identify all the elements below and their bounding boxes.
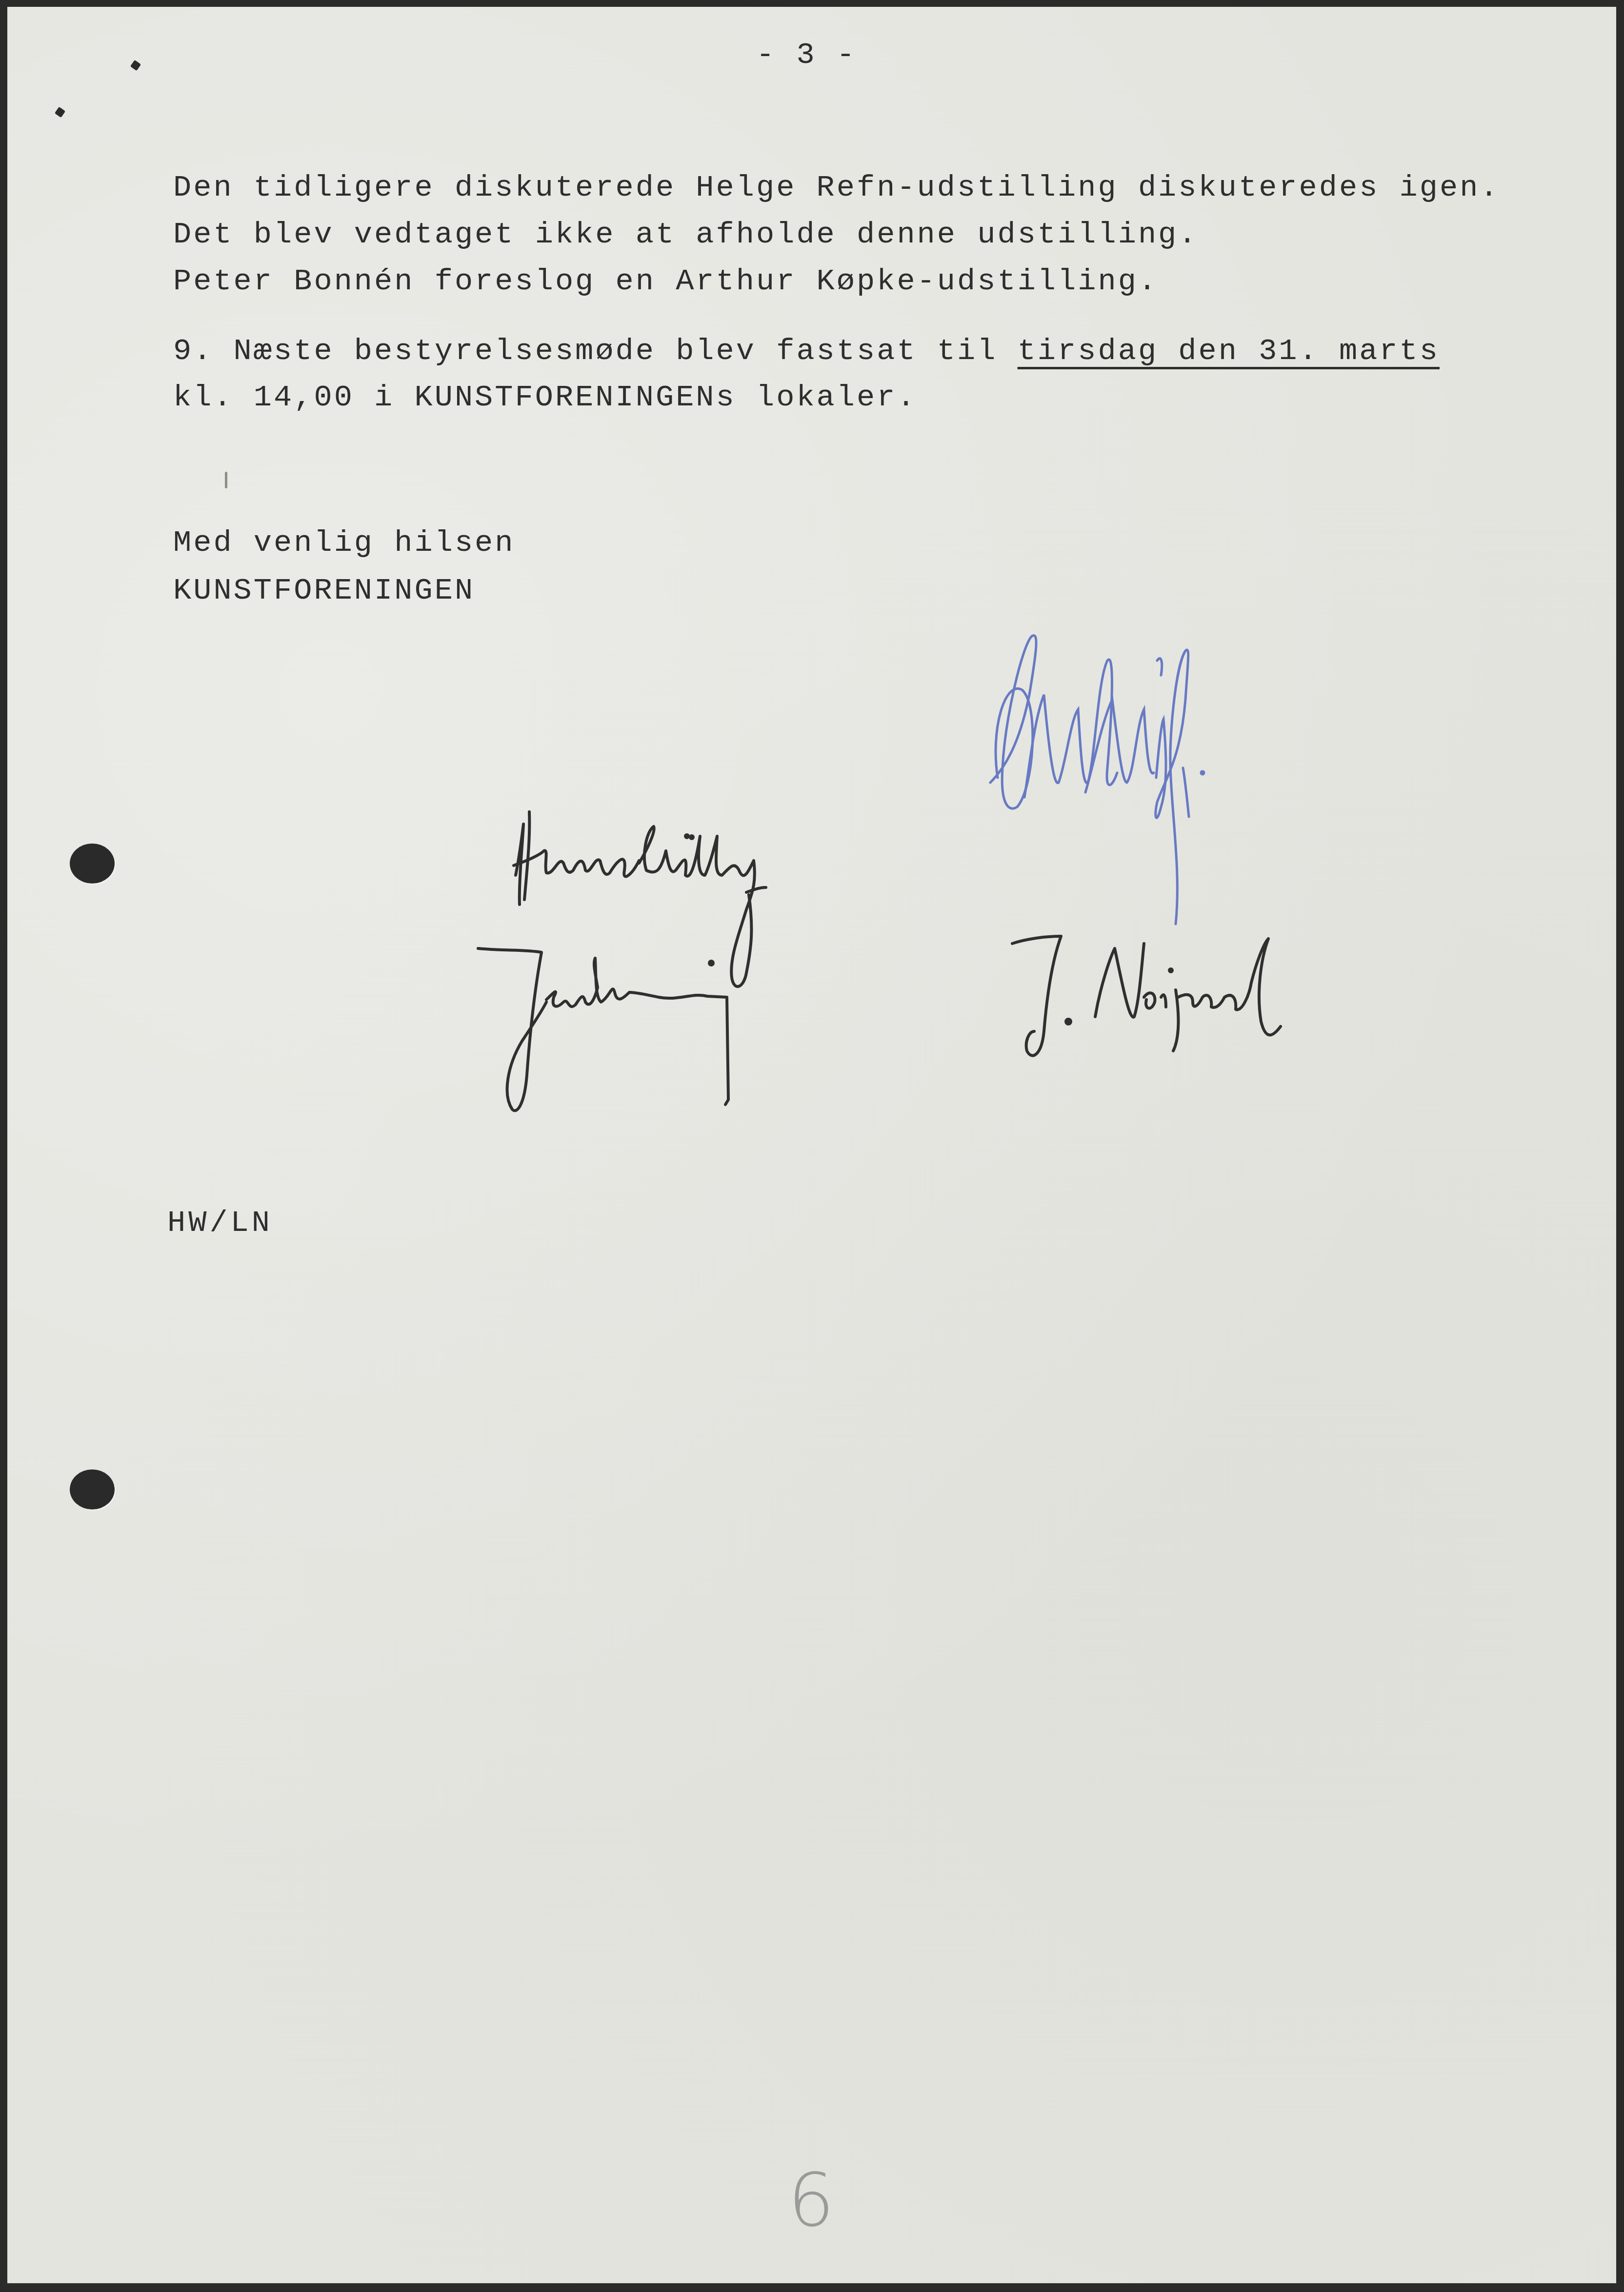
reference-initials: HW/LN [167,1208,273,1238]
staple-hole [55,107,65,118]
meeting-date: tirsdag den 31. marts [1018,334,1440,368]
signature-jens [473,944,863,1124]
staple-hole [130,60,141,71]
page-header: - 3 - [756,40,857,70]
agenda-item-9-line2: kl. 14,00 i KUNSTFORENINGENs lokaler. [173,382,917,413]
item-9-text: 9. Næste bestyrelsesmøde blev fastsat ti… [173,334,1018,368]
ink-speck [225,472,227,488]
agenda-item-9: 9. Næste bestyrelsesmøde blev fastsat ti… [173,336,1440,366]
signature-j-norgaard [998,924,1524,1090]
closing-greeting: Med venlig hilsen [173,528,515,558]
punch-hole-bottom [70,1469,115,1509]
paragraph-line: Det blev vedtaget ikke at afholde denne … [173,220,1199,250]
paragraph-line: Peter Bonnén foreslog en Arthur Køpke-ud… [173,266,1158,297]
document-page: - 3 - Den tidligere diskuterede Helge Re… [7,7,1616,2283]
paragraph-line: Den tidligere diskuterede Helge Refn-uds… [173,173,1500,203]
punch-hole-top [70,844,115,884]
closing-organization: KUNSTFORENINGEN [173,576,475,606]
pencil-page-number: 6 [788,2158,834,2243]
